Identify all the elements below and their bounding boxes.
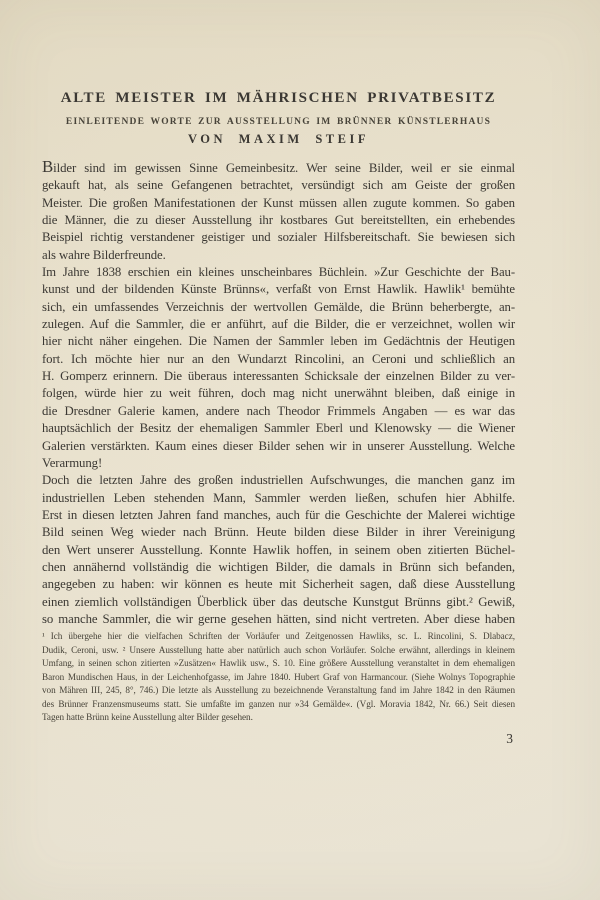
body-text: Bilder sind im gewissen Sinne Gemeinbesi… — [42, 159, 515, 628]
body-line: zulegen. Auf die Sammler, die er anführt… — [42, 316, 515, 333]
body-line: sich, ein umfassendes Verzeichnis der we… — [42, 299, 515, 316]
page-title: ALTE MEISTER IM MÄHRISCHEN PRIVATBESITZ — [42, 90, 515, 107]
body-line: Galerien verstärkten. Kaum eines dieser … — [42, 438, 515, 455]
footnote-line: Umfang, in seinen schon zitierten »Zusät… — [42, 657, 515, 671]
footnotes: ¹ Ich übergehe hier die vielfachen Schri… — [42, 630, 515, 725]
body-line: angegeben zu haben: wir können es heute … — [42, 576, 515, 593]
body-line: so manche Sammler, die wir gerne gesehen… — [42, 611, 515, 628]
footnote-line: des Brünner Franzensmuseums statt. Sie u… — [42, 698, 515, 712]
body-line: fort. Ich möchte hier nur an den Wundarz… — [42, 351, 515, 368]
footnote-line: Dudik, Ceroni, usw. ² Unsere Ausstellung… — [42, 644, 515, 658]
body-line: Beispiel richtig verstandener geistiger … — [42, 229, 515, 246]
body-line: die Dresdner Galerie kamen, andere nach … — [42, 403, 515, 420]
footnote-line: ¹ Ich übergehe hier die vielfachen Schri… — [42, 630, 515, 644]
footnote-line: Tagen hatte Brünn keine Ausstellung alte… — [42, 711, 515, 725]
body-line: als wahre Bilderfreunde. — [42, 247, 515, 264]
footnote-line: Baron Mundischen Haus, in der Leichenhof… — [42, 671, 515, 685]
body-line: folgen, würde hier zu weit führen, doch … — [42, 385, 515, 402]
page-number: 3 — [506, 731, 513, 747]
body-line: einen ziemlich vollständigen Überblick ü… — [42, 594, 515, 611]
page-subtitle: EINLEITENDE WORTE ZUR AUSSTELLUNG IM BRÜ… — [42, 117, 515, 127]
body-line: Im Jahre 1838 erschien ein kleines unsch… — [42, 264, 515, 281]
body-line: Erst in diesen letzten Jahren fand manch… — [42, 507, 515, 524]
body-line: kunst und der bildenden Künste Brünns«, … — [42, 281, 515, 298]
body-line: Verarmung! — [42, 455, 515, 472]
body-line: chen annähernd vollständig die wichtigen… — [42, 559, 515, 576]
byline: VON MAXIM STEIF — [42, 132, 515, 147]
body-line: industriellen Leben stehenden Mann, Samm… — [42, 490, 515, 507]
text-column: ALTE MEISTER IM MÄHRISCHEN PRIVATBESITZ … — [42, 0, 515, 900]
body-line: den Wert unserer Ausstellung. Konnte Haw… — [42, 542, 515, 559]
body-line: hauptsächlich der Besitz der ehemaligen … — [42, 420, 515, 437]
body-line: Bild seinen Weg wieder nach Brünn. Heute… — [42, 524, 515, 541]
body-line: gekauft hat, als seine Gefangenen betrac… — [42, 177, 515, 194]
body-line: Bilder sind im gewissen Sinne Gemeinbesi… — [42, 159, 515, 177]
body-line: die Männer, die zu dieser Ausstellung ih… — [42, 212, 515, 229]
body-line: hier nicht näher eingehen. Die Namen der… — [42, 333, 515, 350]
footnote-line: von Mähren III, 245, 8°, 746.) Die letzt… — [42, 684, 515, 698]
body-line: H. Gomperz erinnern. Die überaus interes… — [42, 368, 515, 385]
body-line: Meister. Die großen Manifestationen der … — [42, 195, 515, 212]
body-line: Doch die letzten Jahre des großen indust… — [42, 472, 515, 489]
book-page: ALTE MEISTER IM MÄHRISCHEN PRIVATBESITZ … — [0, 0, 600, 900]
